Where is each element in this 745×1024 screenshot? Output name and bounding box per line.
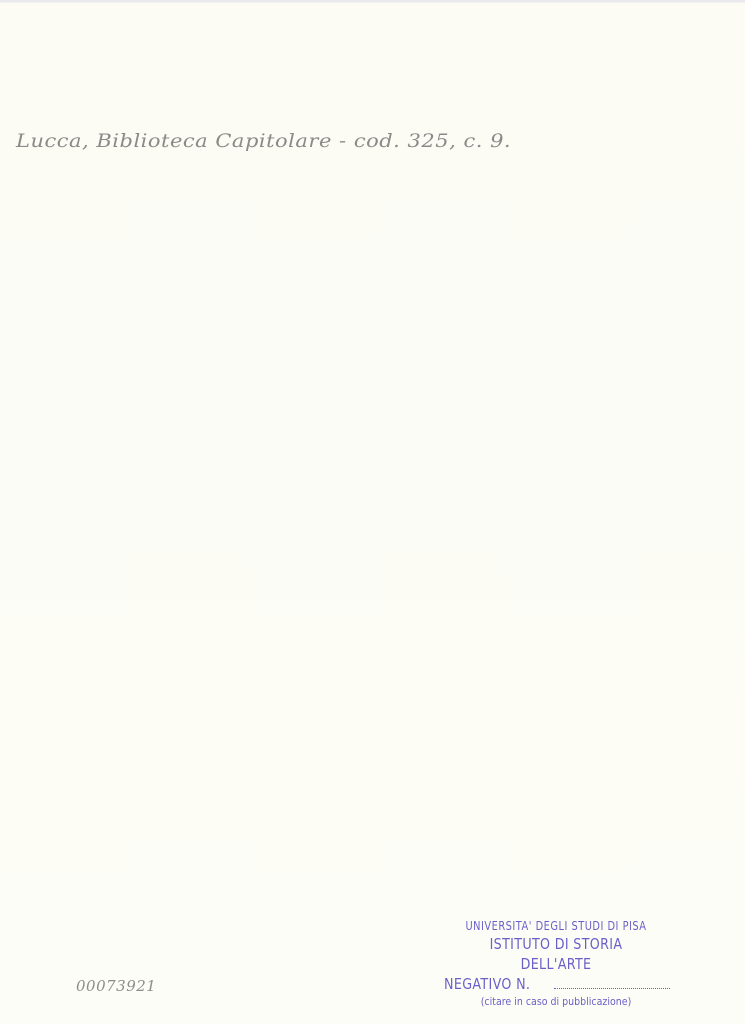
handwritten-caption: Lucca, Biblioteca Capitolare - cod. 325,…	[16, 130, 511, 152]
stamp-negative-number: NEGATIVO N.	[438, 974, 674, 994]
institute-stamp: UNIVERSITA' DEGLI STUDI DI PISA ISTITUTO…	[438, 918, 674, 1010]
stamp-institute: ISTITUTO DI STORIA DELL'ARTE	[459, 934, 653, 974]
stamp-university: UNIVERSITA' DEGLI STUDI DI PISA	[459, 918, 653, 934]
inventory-number: 00073921	[76, 977, 156, 995]
photo-back-page: Lucca, Biblioteca Capitolare - cod. 325,…	[0, 0, 745, 1024]
stamp-citation-note: (citare in caso di pubblicazione)	[450, 994, 662, 1010]
stamp-blank-line	[554, 988, 670, 989]
stamp-negative-label: NEGATIVO N.	[444, 974, 530, 994]
